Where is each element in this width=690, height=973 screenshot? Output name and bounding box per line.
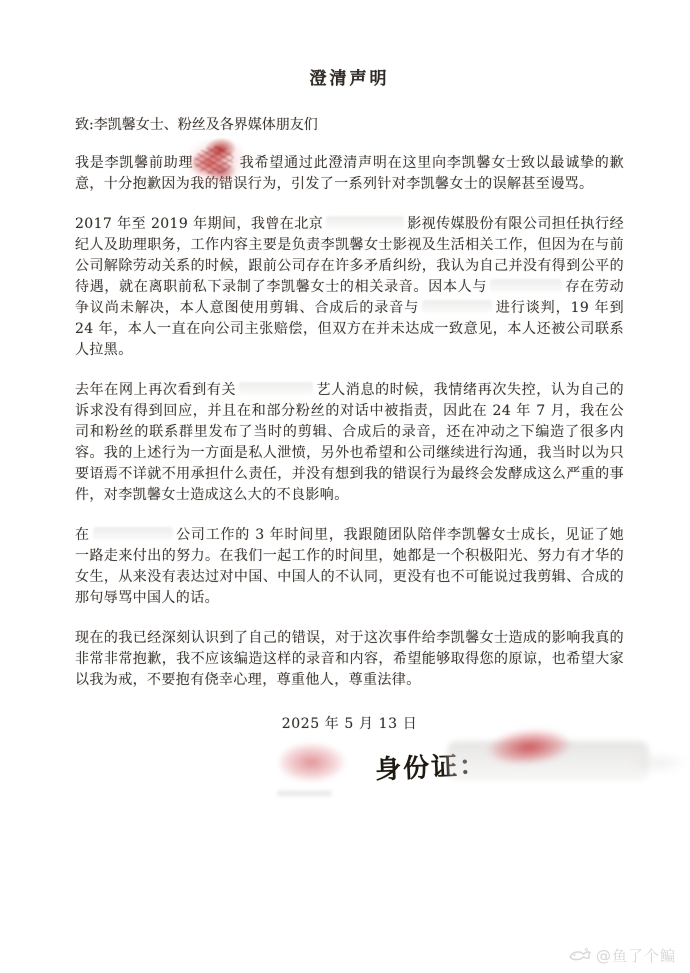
paragraph: 去年在网上再次看到有关艺人消息的时候，我情绪再次失控，认为自己的诉求没有得到回应… — [75, 380, 624, 506]
redaction-blank — [93, 527, 173, 540]
paragraph-text: 在 — [75, 527, 90, 543]
statement-photo: 澄清声明 致:李凯馨女士、粉丝及各界媒体朋友们 我是李凯馨前助理我希望通过此澄清… — [0, 0, 690, 973]
paragraph: 现在的我已经深刻认识到了自己的错误，对于这次事件给李凯馨女士造成的影响我真的非常… — [75, 628, 624, 691]
weibo-watermark: @鱼了个鳊 — [567, 945, 676, 966]
paragraph-text: 我是李凯馨前助理 — [75, 155, 193, 171]
red-scribble-blob — [186, 135, 247, 187]
signature-row: 身份证： — [75, 735, 624, 805]
paragraph-text: 艺人消息的时候，我情绪再次失控，认为自己的诉求没有得到回应，并且在和部分粉丝的对… — [75, 382, 624, 503]
salutation-line: 致:李凯馨女士、粉丝及各界媒体朋友们 — [75, 115, 624, 136]
redaction-blank — [422, 300, 492, 313]
paragraph: 2017 年至 2019 年期间，我曾在北京影视传媒股份有限公司担任执行经纪人及… — [75, 214, 624, 361]
redaction-blank — [239, 382, 313, 395]
paragraphs: 我是李凯馨前助理我希望通过此澄清声明在这里向李凯馨女士致以最诚挚的歉意，十分抱歉… — [75, 153, 624, 691]
paragraph: 我是李凯馨前助理我希望通过此澄清声明在这里向李凯馨女士致以最诚挚的歉意，十分抱歉… — [75, 153, 624, 195]
redaction-scribble — [193, 154, 239, 169]
watermark-handle: @鱼了个鳊 — [596, 945, 676, 966]
statement-document: 澄清声明 致:李凯馨女士、粉丝及各界媒体朋友们 我是李凯馨前助理我希望通过此澄清… — [75, 64, 624, 805]
paragraph-text: 2017 年至 2019 年期间，我曾在北京 — [75, 216, 323, 232]
page-title: 澄清声明 — [75, 64, 624, 89]
redacted-id-number-blob — [447, 741, 649, 781]
redacted-signature-blob — [279, 743, 349, 787]
paragraph-text: 去年在网上再次看到有关 — [75, 382, 236, 398]
redaction-blank — [326, 216, 404, 229]
paragraph-text: 现在的我已经深刻认识到了自己的错误，对于这次事件给李凯馨女士造成的影响我真的非常… — [75, 630, 624, 688]
fish-logo-icon — [567, 946, 593, 966]
paragraph: 在公司工作的 3 年时间里，我跟随团队陪伴李凯馨女士成长，见证了她一路走来付出的… — [75, 525, 624, 609]
redaction-blank — [490, 279, 562, 292]
